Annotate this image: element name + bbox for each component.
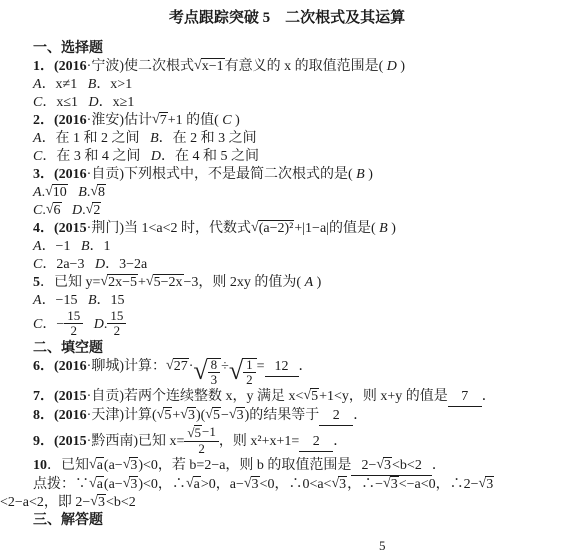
worksheet-scan: { "document": { "background": "#ffffff",… <box>0 0 574 551</box>
sqrt-radical: √12 <box>229 358 257 389</box>
question-9: 9．(2015·黔西南)已知 x=√5−12，则 x²+x+1=2． <box>0 426 574 457</box>
fraction: 83 <box>208 358 221 388</box>
fraction: 5 <box>376 540 389 551</box>
question-5-options-ab: A．−15 B．15 <box>0 292 574 310</box>
next-line-fragment: 5 <box>376 540 389 551</box>
radical-sign: √ <box>157 408 165 423</box>
radical-sign: √ <box>89 477 97 492</box>
question-2: 2．(2016·淮安)估计√7+1 的值( C ) <box>0 112 574 130</box>
question-8: 8．(2016·天津)计算(√5+√3)(√5−√3)的结果等于2． <box>0 407 574 426</box>
radical-sign: √ <box>166 359 174 374</box>
radicand: 8 <box>97 184 106 201</box>
radical-sign: √ <box>205 408 213 423</box>
denominator: 2 <box>243 373 256 387</box>
worksheet-page: 考点跟踪突破 5 二次根式及其运算一、选择题1．(2016·宁波)使二次根式√x… <box>0 0 574 530</box>
radicand: 3 <box>390 476 399 493</box>
radical-sign: √ <box>194 59 202 74</box>
section-1-heading: 一、选择题 <box>0 40 574 58</box>
radical-sign: √ <box>152 113 160 128</box>
radicand: 10 <box>52 184 68 201</box>
question-3-options-ab: A.√10 B.√8 <box>0 184 574 202</box>
radical-sign: √ <box>86 203 94 218</box>
question-1: 1．(2016·宁波)使二次根式√x−1有意义的 x 的取值范围是( D ) <box>0 58 574 76</box>
radicand: 3 <box>338 476 347 493</box>
sqrt-radical: √6 <box>46 202 62 220</box>
question-5-options-cd: C．−152 D.152 <box>0 310 574 340</box>
radicand: 3 <box>129 476 138 493</box>
fraction: 152 <box>107 309 126 339</box>
answer-blank: 7 <box>448 388 482 407</box>
sqrt-radical: √3 <box>376 457 392 475</box>
question-2-options-ab: A．在 1 和 2 之间 B．在 2 和 3 之间 <box>0 130 574 148</box>
radicand: 3 <box>485 476 494 493</box>
radical-sign: √ <box>303 389 311 404</box>
sqrt-radical: √2 <box>86 202 102 220</box>
radical-sign: √ <box>193 358 207 384</box>
radical-sign: √ <box>90 495 98 510</box>
question-4-options-cd: C．2a−3 D．3−2a <box>0 256 574 274</box>
numerator: 15 <box>64 309 83 324</box>
denominator: 2 <box>107 324 126 338</box>
sqrt-radical: √5 <box>205 407 221 425</box>
sqrt-radical: √3 <box>180 407 196 425</box>
sqrt-radical: √a <box>186 476 201 494</box>
sqrt-radical: √8 <box>90 184 106 202</box>
radicand: 27 <box>173 358 189 375</box>
radical-sign: √ <box>229 408 237 423</box>
answer-blank: 2 <box>299 433 333 452</box>
radicand: 3 <box>236 407 245 424</box>
radical-sign: √ <box>229 358 243 384</box>
radicand: 83 <box>207 358 222 389</box>
radical-sign: √ <box>100 275 108 290</box>
radical-sign: √ <box>180 408 188 423</box>
denominator: 2 <box>184 442 218 456</box>
sqrt-radical: √3 <box>331 476 347 494</box>
question-1-options-cd: C．x≤1 D．x≥1 <box>0 94 574 112</box>
question-3-options-cd: C.√6 D.√2 <box>0 202 574 220</box>
question-10-hint-continued: <2−a<2，即 2−√3<b<2 <box>0 494 574 512</box>
question-2-options-cd: C．在 3 和 4 之间 D．在 4 和 5 之间 <box>0 148 574 166</box>
numerator: 5 <box>376 540 389 551</box>
radicand: 12 <box>242 358 257 389</box>
radicand: 5 <box>212 407 221 424</box>
radicand: 6 <box>53 202 62 219</box>
sqrt-radical: √2x−5 <box>100 274 138 292</box>
radicand: 2x−5 <box>107 274 138 291</box>
sqrt-radical: √a <box>89 457 104 475</box>
section-2-heading: 二、填空题 <box>0 340 574 358</box>
numerator: 8 <box>208 358 221 373</box>
fraction: 12 <box>243 358 256 388</box>
sqrt-radical: √5 <box>303 388 319 406</box>
answer-blank: 12 <box>265 358 299 377</box>
radicand: x−1 <box>201 58 225 75</box>
answer-blank: 2 <box>319 407 353 426</box>
radical-sign: √ <box>146 275 154 290</box>
radical-sign: √ <box>376 458 384 473</box>
doc-title: 考点跟踪突破 5 二次根式及其运算 <box>0 8 574 28</box>
numerator: 15 <box>107 309 126 324</box>
question-4-options-ab: A．−1 B．1 <box>0 238 574 256</box>
question-6: 6．(2016·聊城)计算：√27·√83÷√12=12． <box>0 358 574 389</box>
radicand: 2 <box>92 202 101 219</box>
sqrt-radical: √5 <box>187 425 202 441</box>
sqrt-radical: √(a−2)² <box>251 220 294 238</box>
denominator: 2 <box>64 324 83 338</box>
radicand: 5 <box>310 388 319 405</box>
radicand: 7 <box>159 112 168 129</box>
sqrt-radical: √10 <box>45 184 68 202</box>
radical-sign: √ <box>186 477 194 492</box>
radical-sign: √ <box>45 185 53 200</box>
radicand: (a−2)² <box>258 220 295 237</box>
radical-sign: √ <box>383 477 391 492</box>
radical-sign: √ <box>46 203 54 218</box>
fraction: √5−12 <box>184 425 218 456</box>
sqrt-radical: √83 <box>193 358 221 389</box>
radicand: 3 <box>129 457 138 474</box>
denominator: 3 <box>208 373 221 387</box>
radical-sign: √ <box>251 221 259 236</box>
question-5: 5．已知 y=√2x−5+√5−2x−3，则 2xy 的值为( A ) <box>0 274 574 292</box>
radicand: 5−2x <box>153 274 184 291</box>
radical-sign: √ <box>89 458 97 473</box>
sqrt-radical: √5−2x <box>146 274 184 292</box>
numerator: √5−1 <box>184 425 218 442</box>
sqrt-radical: √3 <box>244 476 260 494</box>
radicand: 3 <box>383 457 392 474</box>
radicand: 5 <box>163 407 172 424</box>
sqrt-radical: √27 <box>166 358 189 376</box>
radicand: 3 <box>187 407 196 424</box>
sqrt-radical: √3 <box>90 494 106 512</box>
radical-sign: √ <box>187 426 194 440</box>
question-10-hint: 点拨：∵√a(a−√3)<0，∴√a>0，a−√3<0，∴0<a<√3，∴−√3… <box>0 476 574 494</box>
sqrt-radical: √3 <box>123 476 139 494</box>
radicand: 3 <box>251 476 260 493</box>
radical-sign: √ <box>123 458 131 473</box>
sqrt-radical: √7 <box>152 112 168 130</box>
sqrt-radical: √3 <box>229 407 245 425</box>
question-1-options-ab: A．x≠1 B．x>1 <box>0 76 574 94</box>
radical-sign: √ <box>479 477 487 492</box>
radical-sign: √ <box>244 477 252 492</box>
fraction: 152 <box>64 309 83 339</box>
section-3-heading: 三、解答题 <box>0 512 574 530</box>
question-3: 3．(2016·自贡)下列根式中，不是最简二次根式的是( B ) <box>0 166 574 184</box>
sqrt-radical: √3 <box>479 476 495 494</box>
sqrt-radical: √3 <box>123 457 139 475</box>
radical-sign: √ <box>331 477 339 492</box>
sqrt-radical: √x−1 <box>194 58 225 76</box>
radical-sign: √ <box>123 477 131 492</box>
numerator: 1 <box>243 358 256 373</box>
question-4: 4．(2015·荆门)当 1<a<2 时，代数式√(a−2)²+|1−a|的值是… <box>0 220 574 238</box>
answer-blank: 2−√3<b<2 <box>351 457 431 476</box>
radicand: 3 <box>97 494 106 511</box>
radical-sign: √ <box>90 185 98 200</box>
sqrt-radical: √5 <box>157 407 173 425</box>
question-7: 7．(2015·自贡)若两个连续整数 x，y 满足 x<√5+1<y，则 x+y… <box>0 388 574 407</box>
question-10: 10．已知√a(a−√3)<0，若 b=2−a，则 b 的取值范围是2−√3<b… <box>0 457 574 476</box>
sqrt-radical: √3 <box>383 476 399 494</box>
sqrt-radical: √a <box>89 476 104 494</box>
